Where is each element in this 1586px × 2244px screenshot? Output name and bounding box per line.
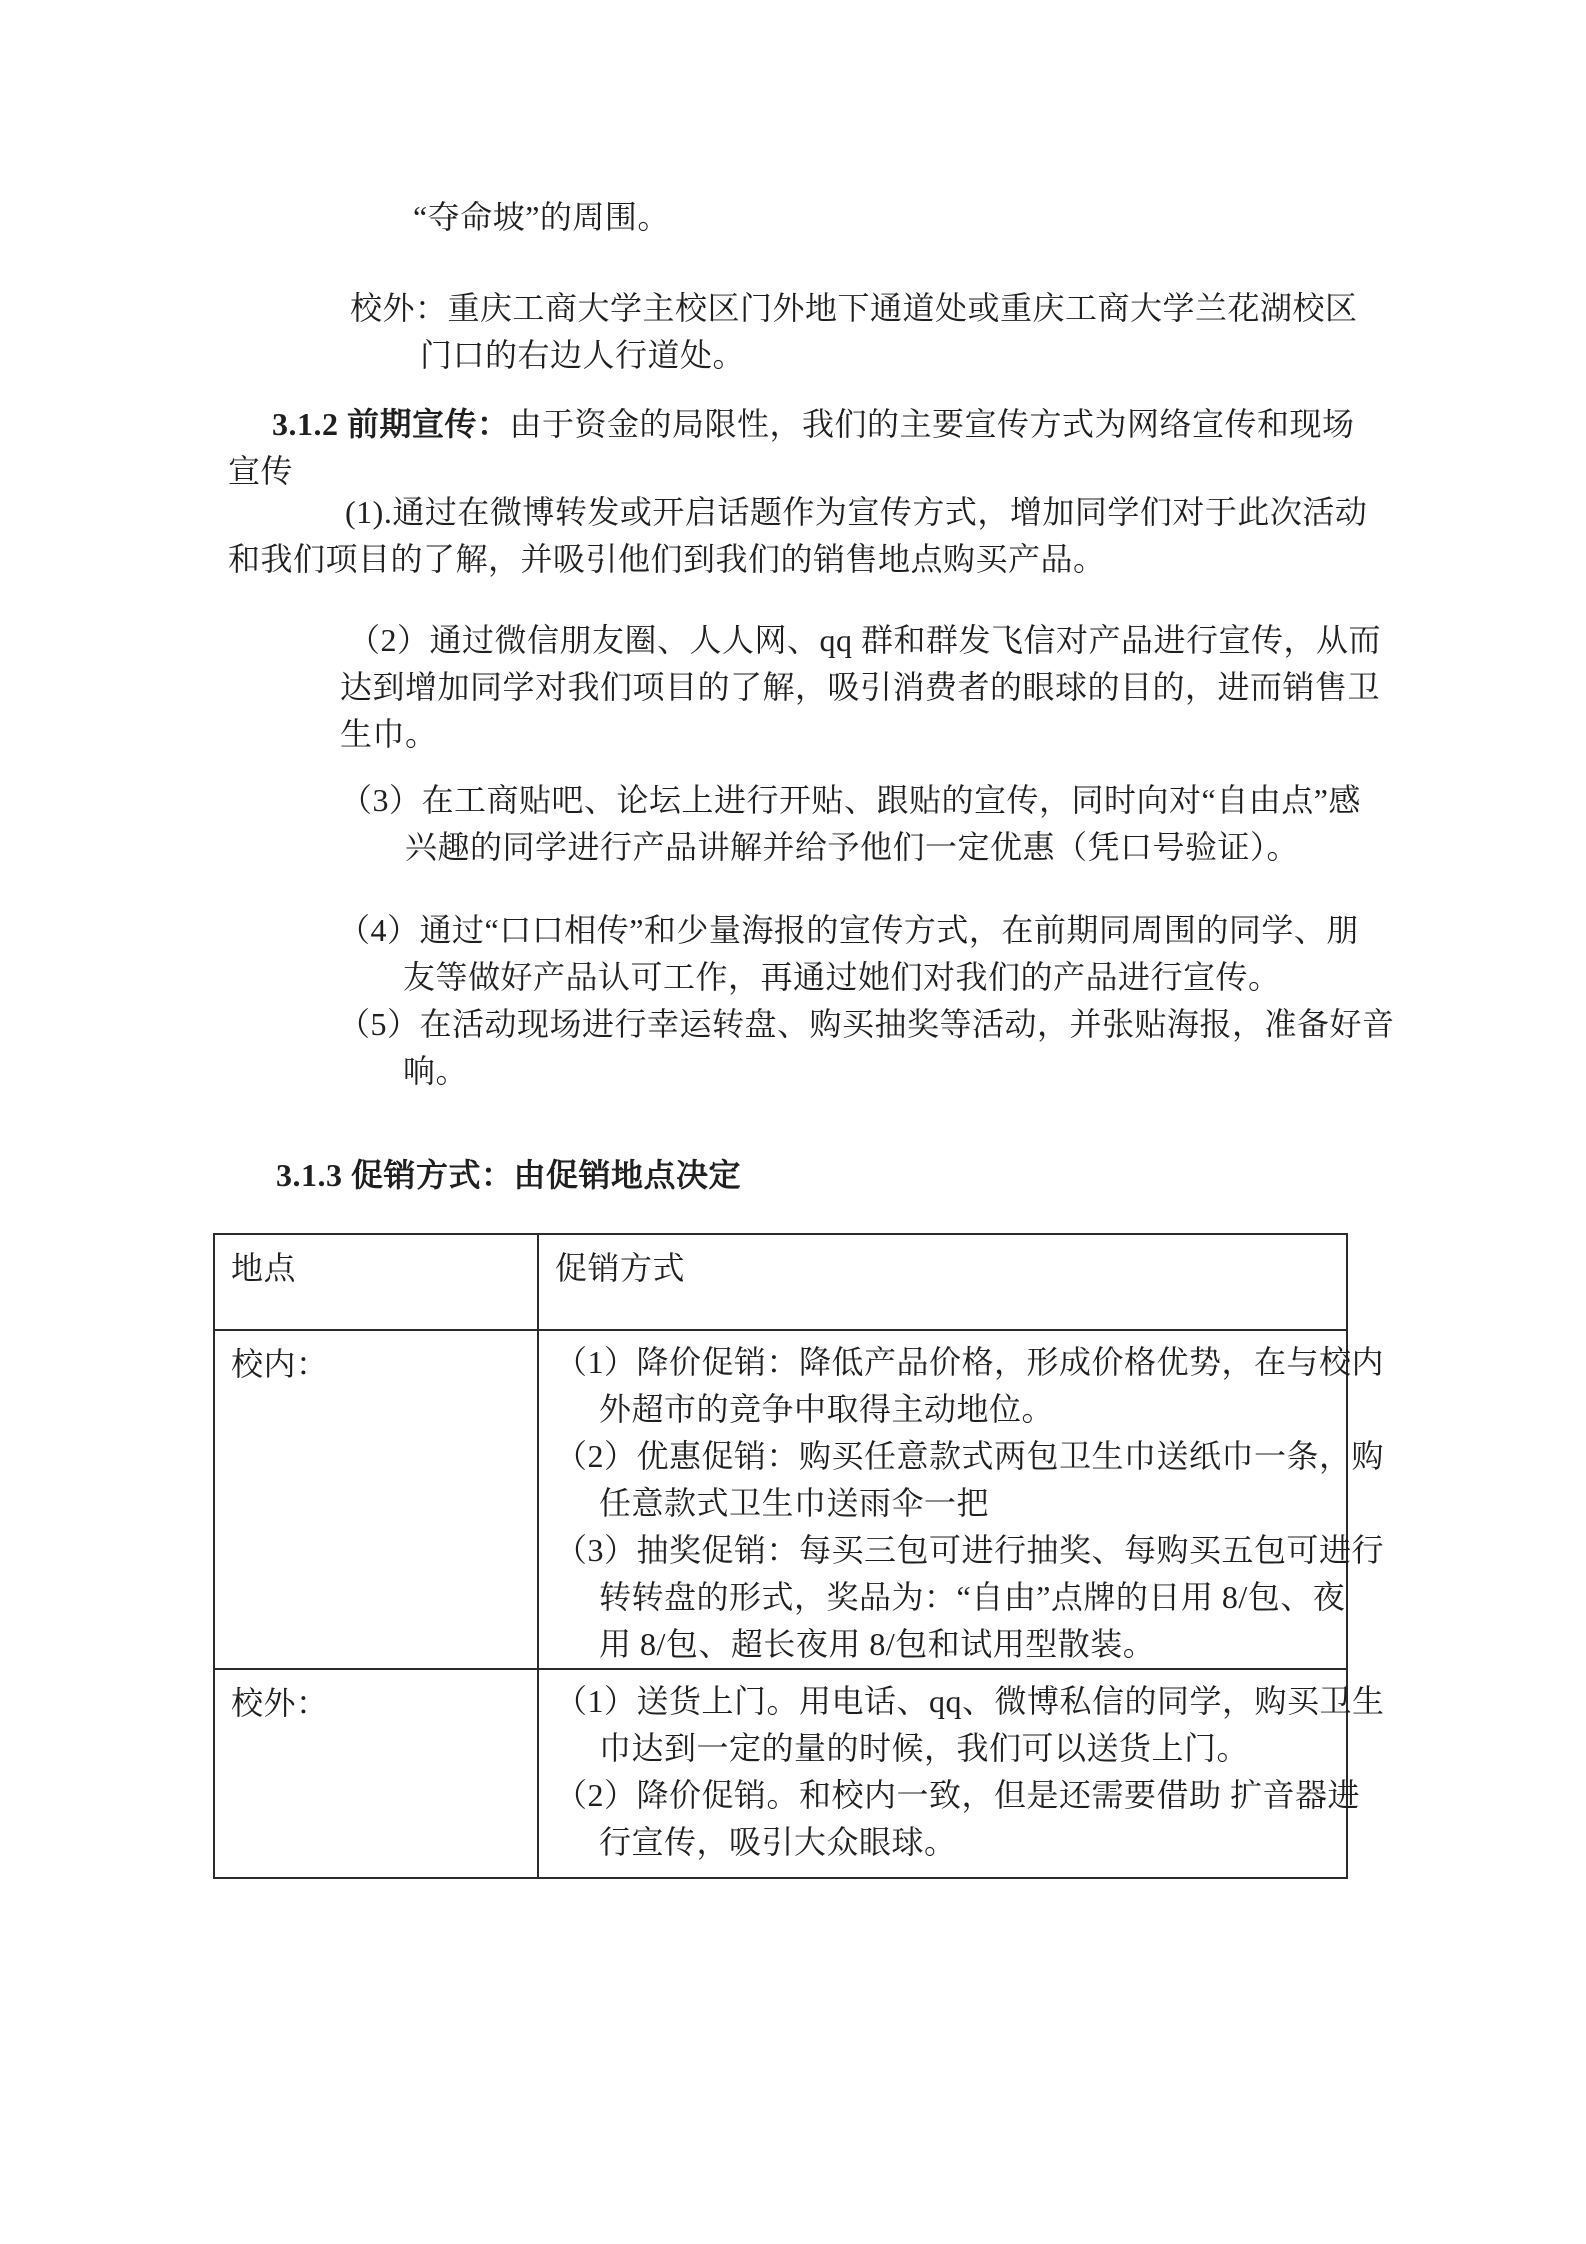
pre-promo-item-1-line-2: 和我们项目的了解，并吸引他们到我们的销售地点购买产品。 <box>228 539 1106 579</box>
on-campus-method-line-2: 外超市的竞争中取得主动地位。 <box>555 1386 1340 1433</box>
section-3-1-2-heading-line: 3.1.2 前期宣传：由于资金的局限性，我们的主要宣传方式为网络宣传和现场 <box>272 404 1355 444</box>
pre-promo-item-3-line-1: （3）在工商贴吧、论坛上进行开贴、跟贴的宣传，同时向对“自由点”感 <box>340 780 1361 820</box>
pre-promo-item-5-line-1: （5）在活动现场进行幸运转盘、购买抽奖等活动，并张贴海报，准备好音 <box>338 1004 1395 1044</box>
off-campus-method-line-1: （1）送货上门。用电话、qq、微博私信的同学，购买卫生 <box>555 1678 1340 1725</box>
pre-promo-item-2-line-1: （2）通过微信朋友圈、人人网、qq 群和群发飞信对产品进行宣传，从而 <box>348 620 1381 660</box>
pre-promo-item-2-line-2: 达到增加同学对我们项目的了解，吸引消费者的眼球的目的，进而销售卫 <box>340 667 1380 707</box>
on-campus-method-line-5: （3）抽奖促销：每买三包可进行抽奖、每购买五包可进行 <box>555 1527 1340 1574</box>
off-campus-line-1: 校外：重庆工商大学主校区门外地下通道处或重庆工商大学兰花湖校区 <box>350 288 1358 328</box>
on-campus-method-line-6: 转转盘的形式，奖品为：“自由”点牌的日用 8/包、夜 <box>555 1574 1340 1621</box>
header-cell-location: 地点 <box>214 1234 538 1330</box>
cell-off-campus-methods: （1）送货上门。用电话、qq、微博私信的同学，购买卫生 巾达到一定的量的时候，我… <box>538 1669 1347 1878</box>
off-campus-method-line-3: （2）降价促销。和校内一致，但是还需要借助 扩音器进 <box>555 1772 1340 1819</box>
intro-line: “夺命坡”的周围。 <box>413 197 670 237</box>
section-3-1-2-continuation: 宣传 <box>228 451 293 491</box>
promotion-table: 地点 促销方式 校内： （1）降价促销：降低产品价格，形成价格优势，在与校内 外… <box>213 1233 1348 1879</box>
section-3-1-2-label: 3.1.2 前期宣传： <box>272 406 510 442</box>
on-campus-method-line-4: 任意款式卫生巾送雨伞一把 <box>555 1480 1340 1527</box>
table-row-off-campus: 校外： （1）送货上门。用电话、qq、微博私信的同学，购买卫生 巾达到一定的量的… <box>214 1669 1347 1878</box>
header-cell-method: 促销方式 <box>538 1234 1347 1330</box>
pre-promo-item-2-line-3: 生巾。 <box>340 714 438 754</box>
pre-promo-item-4-line-2: 友等做好产品认可工作，再通过她们对我们的产品进行宣传。 <box>403 957 1281 997</box>
pre-promo-item-3-line-2: 兴趣的同学进行产品讲解并给予他们一定优惠（凭口号验证）。 <box>405 827 1299 867</box>
document-page: “夺命坡”的周围。 校外：重庆工商大学主校区门外地下通道处或重庆工商大学兰花湖校… <box>0 0 1586 2244</box>
section-3-1-2-text: 由于资金的局限性，我们的主要宣传方式为网络宣传和现场 <box>510 406 1355 442</box>
table-header-row: 地点 促销方式 <box>214 1234 1347 1330</box>
off-campus-method-line-2: 巾达到一定的量的时候，我们可以送货上门。 <box>555 1725 1340 1772</box>
on-campus-method-line-7: 用 8/包、超长夜用 8/包和试用型散装。 <box>555 1621 1340 1668</box>
table-row-on-campus: 校内： （1）降价促销：降低产品价格，形成价格优势，在与校内 外超市的竞争中取得… <box>214 1330 1347 1669</box>
off-campus-method-line-4: 行宣传，吸引大众眼球。 <box>555 1819 1340 1866</box>
off-campus-line-2: 门口的右边人行道处。 <box>420 335 745 375</box>
on-campus-method-line-1: （1）降价促销：降低产品价格，形成价格优势，在与校内 <box>555 1339 1340 1386</box>
pre-promo-item-1-line-1: (1).通过在微博转发或开启话题作为宣传方式，增加同学们对于此次活动 <box>345 492 1367 532</box>
cell-on-campus-methods: （1）降价促销：降低产品价格，形成价格优势，在与校内 外超市的竞争中取得主动地位… <box>538 1330 1347 1669</box>
pre-promo-item-4-line-1: （4）通过“口口相传”和少量海报的宣传方式，在前期同周围的同学、朋 <box>338 910 1359 950</box>
section-3-1-3-heading: 3.1.3 促销方式：由促销地点决定 <box>276 1155 741 1195</box>
on-campus-method-line-3: （2）优惠促销：购买任意款式两包卫生巾送纸巾一条，购 <box>555 1433 1340 1480</box>
cell-on-campus-location: 校内： <box>214 1330 538 1669</box>
pre-promo-item-5-line-2: 响。 <box>403 1051 468 1091</box>
cell-off-campus-location: 校外： <box>214 1669 538 1878</box>
